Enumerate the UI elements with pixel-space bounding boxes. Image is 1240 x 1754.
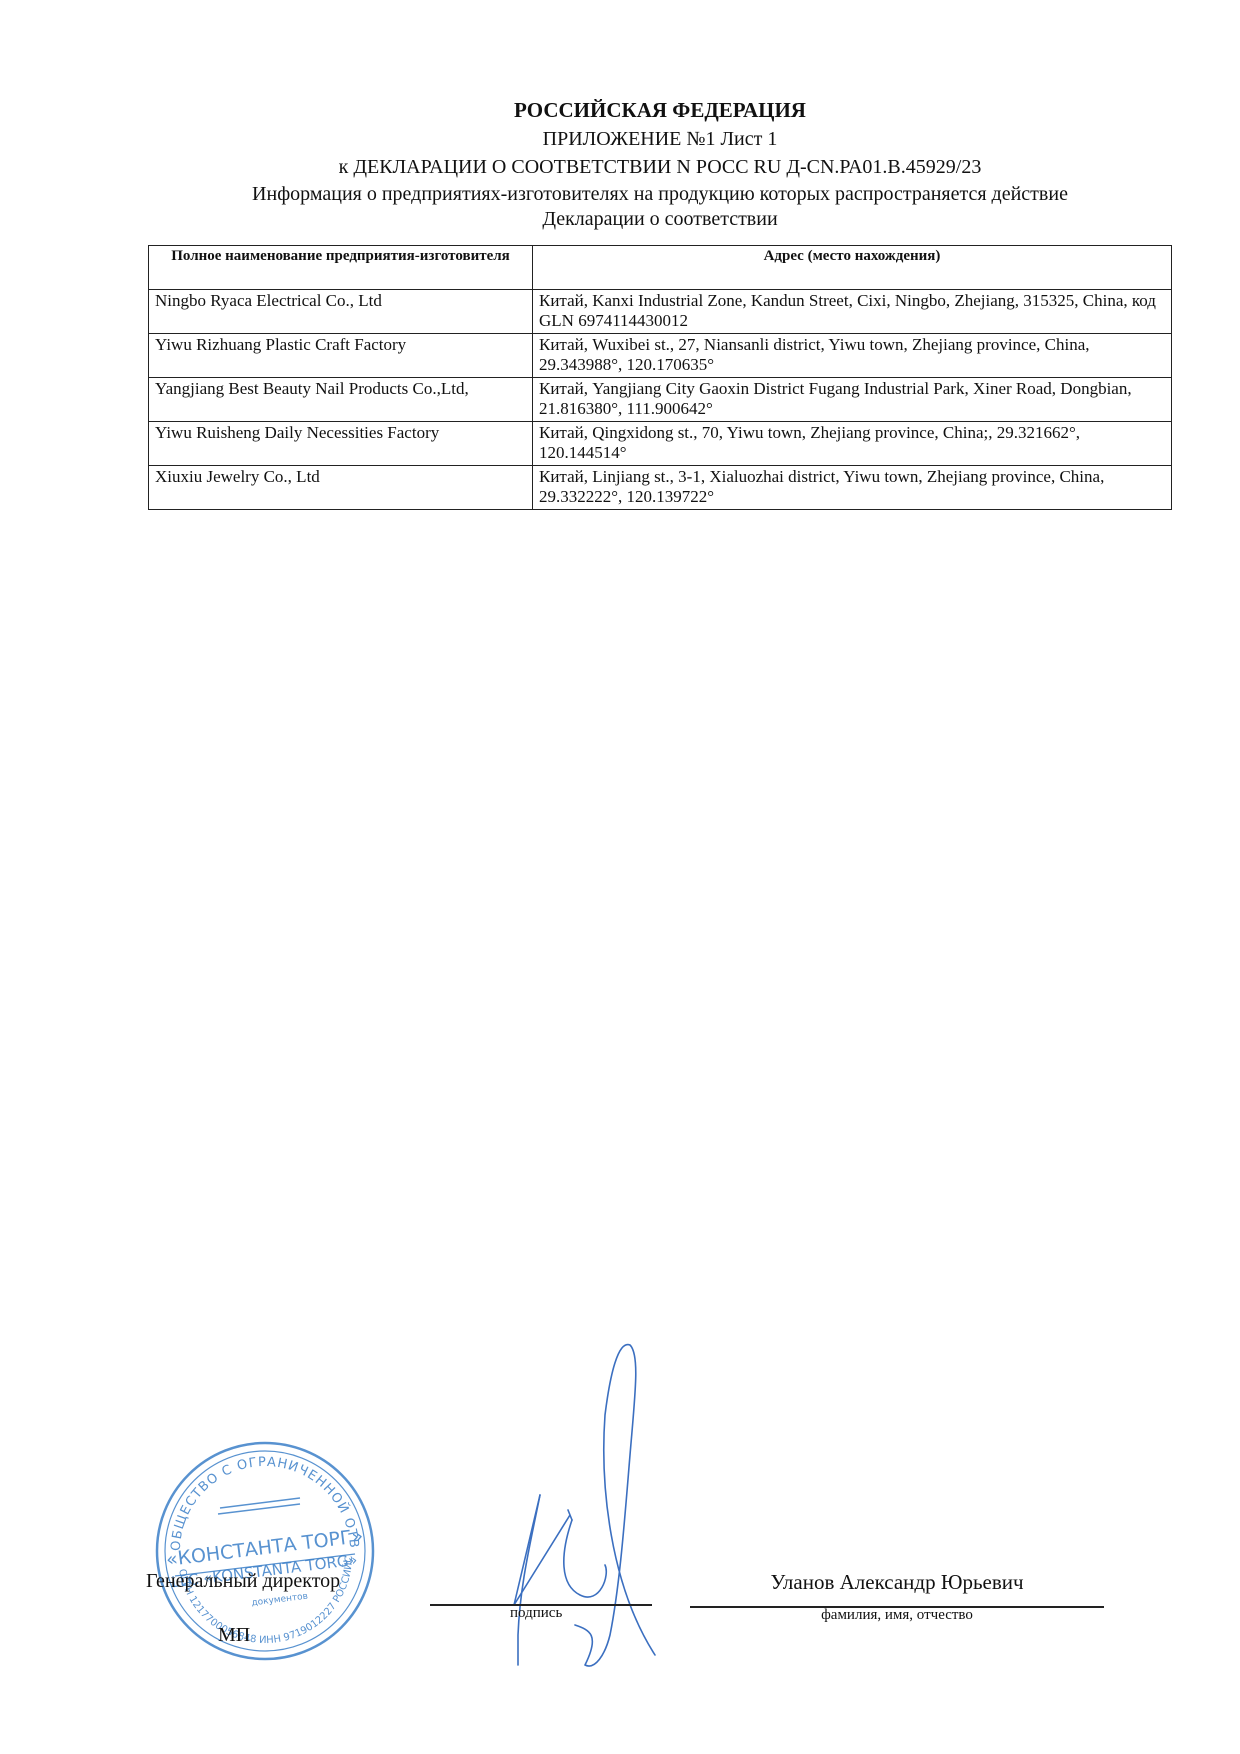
info-line-1: Информация о предприятиях-изготовителях … xyxy=(0,183,1240,206)
manufacturer-name: Ningbo Ryaca Electrical Co., Ltd xyxy=(149,290,533,334)
column-header-address: Адрес (место нахождения) xyxy=(533,246,1172,290)
signatory-full-name: Уланов Александр Юрьевич xyxy=(690,1570,1104,1595)
table-row: Yiwu Ruisheng Daily Necessities Factory … xyxy=(149,422,1172,466)
manufacturer-address: Китай, Linjiang st., 3-1, Xialuozhai dis… xyxy=(533,466,1172,510)
column-header-name: Полное наименование предприятия-изготови… xyxy=(149,246,533,290)
name-caption: фамилия, имя, отчество xyxy=(690,1607,1104,1624)
handwritten-signature-icon xyxy=(500,1335,700,1675)
manufacturers-table: Полное наименование предприятия-изготови… xyxy=(148,245,1172,510)
table-row: Xiuxiu Jewelry Co., Ltd Китай, Linjiang … xyxy=(149,466,1172,510)
table-row: Ningbo Ryaca Electrical Co., Ltd Китай, … xyxy=(149,290,1172,334)
manufacturer-name: Yiwu Ruisheng Daily Necessities Factory xyxy=(149,422,533,466)
manufacturer-name: Xiuxiu Jewelry Co., Ltd xyxy=(149,466,533,510)
info-line-2: Декларации о соответствии xyxy=(0,208,1240,231)
manufacturer-address: Китай, Yangjiang City Gaoxin District Fu… xyxy=(533,378,1172,422)
manufacturer-name: Yangjiang Best Beauty Nail Products Co.,… xyxy=(149,378,533,422)
appendix-heading: ПРИЛОЖЕНИЕ №1 Лист 1 xyxy=(0,128,1240,151)
manufacturer-name: Yiwu Rizhuang Plastic Craft Factory xyxy=(149,334,533,378)
table-row: Yiwu Rizhuang Plastic Craft Factory Кита… xyxy=(149,334,1172,378)
manufacturer-address: Китай, Wuxibei st., 27, Niansanli distri… xyxy=(533,334,1172,378)
declaration-heading: к ДЕКЛАРАЦИИ О СООТВЕТСТВИИ N РОСС RU Д-… xyxy=(0,156,1240,179)
signatory-role: Генеральный директор xyxy=(146,1570,340,1593)
signature-caption: подпись xyxy=(510,1605,562,1622)
table-row: Yangjiang Best Beauty Nail Products Co.,… xyxy=(149,378,1172,422)
manufacturer-address: Китай, Qingxidong st., 70, Yiwu town, Zh… xyxy=(533,422,1172,466)
country-heading: РОССИЙСКАЯ ФЕДЕРАЦИЯ xyxy=(0,98,1240,123)
table-header-row: Полное наименование предприятия-изготови… xyxy=(149,246,1172,290)
company-stamp-icon: ОБЩЕСТВО С ОГРАНИЧЕННОЙ ОТВЕТСТВЕННОСТЬЮ… xyxy=(150,1436,380,1666)
svg-text:документов: документов xyxy=(251,1592,309,1609)
manufacturer-address: Китай, Kanxi Industrial Zone, Kandun Str… xyxy=(533,290,1172,334)
stamp-mark-label: МП xyxy=(218,1624,250,1647)
